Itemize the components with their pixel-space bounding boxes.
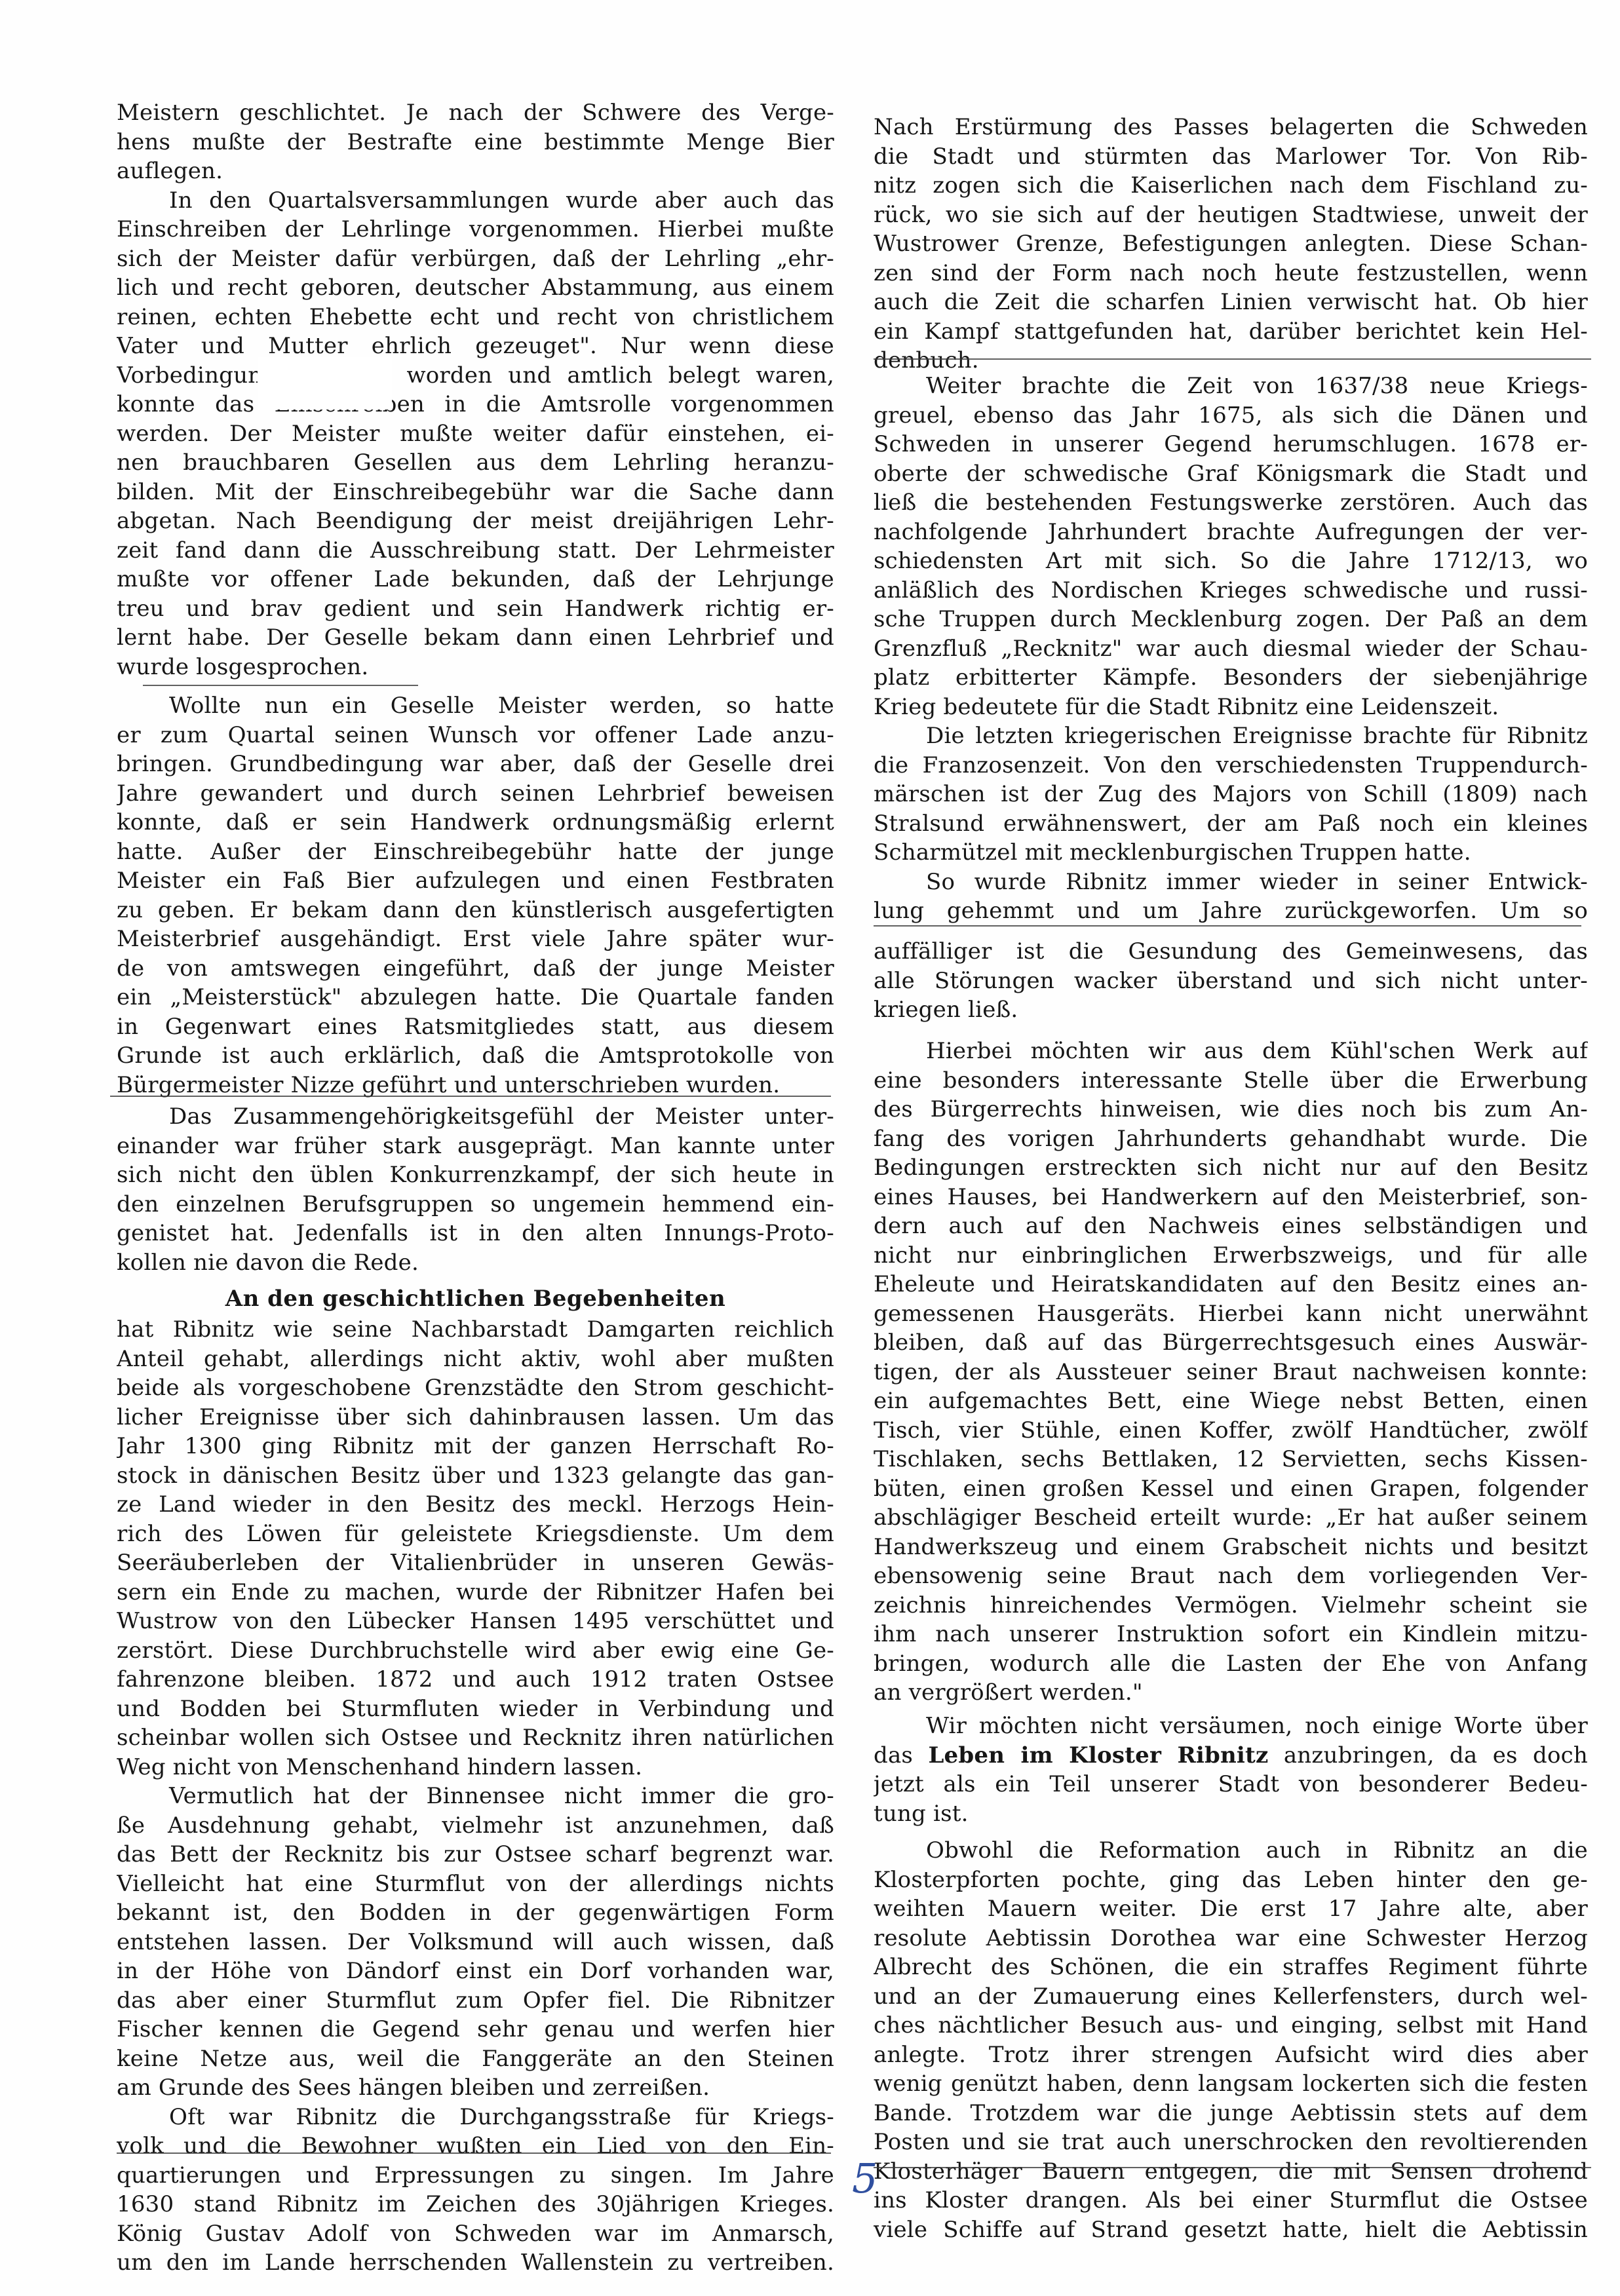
text-line: lich und recht geboren, deutscher Abstam… bbox=[117, 273, 834, 303]
text-line: denbuch. bbox=[874, 346, 1588, 375]
text-line: ihm nach unserer Instruktion sofort ein … bbox=[874, 1620, 1588, 1649]
text-line: Oft war Ribnitz die Durchgangsstraße für… bbox=[117, 2103, 834, 2132]
text-line: gemessenen Hausgeräts. Hierbei kann nich… bbox=[874, 1299, 1588, 1329]
right-paragraph-recovery: auffälliger ist die Gesundung des Gemein… bbox=[874, 937, 1588, 1025]
text-line: In den Quartalsversammlungen wurde aber … bbox=[117, 186, 834, 216]
text-line: licher Ereignisse über sich dahinbrausen… bbox=[117, 1403, 834, 1432]
text-line: kollen nie davon die Rede. bbox=[117, 1248, 834, 1278]
text-line: genistet hat. Jedenfalls ist in den alte… bbox=[117, 1219, 834, 1248]
text-line: fang des vorigen Jahrhunderts gehandhabt… bbox=[874, 1124, 1588, 1154]
text-line: in Gegenwart eines Ratsmitgliedes statt,… bbox=[117, 1012, 834, 1042]
left-paragraph-journeyman-to-master: Wollte nun ein Geselle Meister werden, s… bbox=[117, 691, 834, 1100]
text-line: hens mußte der Bestrafte eine bestimmte … bbox=[117, 128, 834, 157]
text-line: volk und die Bewohner wußten ein Lied vo… bbox=[117, 2132, 834, 2161]
clipping-bottom-edge bbox=[117, 2152, 831, 2154]
text-line: Das Zusammengehörigkeitsgefühl der Meist… bbox=[117, 1102, 834, 1132]
text-line: sich nicht den üblen Konkurrenzkampf, de… bbox=[117, 1160, 834, 1190]
text-line: Meisterbrief ausgehändigt. Erst viele Ja… bbox=[117, 925, 834, 954]
text-line: und an der Zumauerung eines Kellerfenste… bbox=[874, 1982, 1588, 2012]
text-line: wurde losgesprochen. bbox=[117, 653, 834, 682]
text-line: bekannt ist, den Bodden in der gegenwärt… bbox=[117, 1898, 834, 1928]
text-line: Vorbedingungen erfüllt worden und amtlic… bbox=[117, 361, 834, 391]
text-line: platz erbitterter Kämpfe. Besonders der … bbox=[874, 663, 1588, 693]
text-line: Nach Erstürmung des Passes belagerten di… bbox=[874, 113, 1588, 142]
text-line: Jahre gewandert und durch seinen Lehrbri… bbox=[117, 779, 834, 809]
text-line: Albrecht des Schönen, die ein straffes R… bbox=[874, 1953, 1588, 1982]
text-line: Krieg bedeutete für die Stadt Ribnitz ei… bbox=[874, 693, 1588, 722]
text-line: Tisch, vier Stühle, einen Koffer, zwölf … bbox=[874, 1416, 1588, 1445]
section-heading-text: An den geschichtlichen Begebenheiten bbox=[117, 1284, 834, 1314]
text-line: lernt habe. Der Geselle bekam dann einen… bbox=[117, 623, 834, 653]
clipping-divider bbox=[110, 1096, 831, 1097]
text-line: Grunde ist auch erklärlich, daß die Amts… bbox=[117, 1041, 834, 1071]
text-line: des Bürgerrechts hinweisen, wie dies noc… bbox=[874, 1095, 1588, 1124]
text-line: Tischlaken, sechs Bettlaken, 12 Serviett… bbox=[874, 1445, 1588, 1474]
text-line: de von amtswegen eingeführt, daß der jun… bbox=[117, 954, 834, 984]
text-line: Klosterhäger Bauern entgegen, die mit Se… bbox=[874, 2157, 1588, 2187]
text-line: ein „Meisterstück" abzulegen hatte. Die … bbox=[117, 983, 834, 1012]
text-line: bilden. Mit der Einschreibegebühr war di… bbox=[117, 478, 834, 507]
text-line: kriegen ließ. bbox=[874, 995, 1588, 1025]
text-line: Meistern geschlichtet. Je nach der Schwe… bbox=[117, 98, 834, 128]
text-line: zerstört. Diese Durchbruchstelle wird ab… bbox=[117, 1636, 834, 1666]
text-line: hat Ribnitz wie seine Nachbarstadt Damga… bbox=[117, 1315, 834, 1345]
text-line: dern auch auf den Nachweis eines selbstä… bbox=[874, 1212, 1588, 1241]
text-line: treu und brav gedient und sein Handwerk … bbox=[117, 594, 834, 624]
text-line: nen brauchbaren Gesellen aus dem Lehrlin… bbox=[117, 448, 834, 478]
text-line: zeit fand dann die Ausschreibung statt. … bbox=[117, 536, 834, 565]
text-line: werden. Der Meister mußte weiter dafür e… bbox=[117, 419, 834, 449]
emphasized-title: Leben im Kloster Ribnitz bbox=[928, 1742, 1268, 1769]
text-line: in der Höhe von Dändorf einst ein Dorf v… bbox=[117, 1957, 834, 1986]
text-line: konnte das Einschreiben in die Amtsrolle… bbox=[117, 390, 834, 419]
text-line: Handwerkszeug und einem Grabscheit nicht… bbox=[874, 1533, 1588, 1562]
text-line: abschlägiger Bescheid erteilt wurde: „Er… bbox=[874, 1503, 1588, 1533]
text-line: sern ein Ende zu machen, wurde der Ribni… bbox=[117, 1578, 834, 1607]
text-line: Wir möchten nicht versäumen, noch einige… bbox=[874, 1712, 1588, 1741]
text-line: König Gustav Adolf von Schweden war im A… bbox=[117, 2219, 834, 2249]
text-line: das aber einer Sturmflut zum Opfer fiel.… bbox=[117, 1986, 834, 2016]
text-line: tigen, der als Aussteuer seiner Braut na… bbox=[874, 1358, 1588, 1387]
text-line: quartierungen und Erpressungen zu singen… bbox=[117, 2161, 834, 2191]
right-paragraph-monastery-intro: Wir möchten nicht versäumen, noch einige… bbox=[874, 1712, 1588, 1828]
text-line: Fischer kennen die Gegend sehr genau und… bbox=[117, 2015, 834, 2044]
text-line: bringen. Grundbedingung war aber, daß de… bbox=[117, 750, 834, 779]
text-line: greuel, ebenso das Jahr 1675, als sich d… bbox=[874, 401, 1588, 430]
text-line: wenig genützt haben, denn langsam locker… bbox=[874, 2069, 1588, 2099]
text-line: Vater und Mutter ehrlich gezeuget". Nur … bbox=[117, 332, 834, 361]
handwritten-page-number: 5 bbox=[852, 2156, 878, 2202]
text-line: ebensowenig seine Braut nach dem vorlieg… bbox=[874, 1561, 1588, 1591]
text-line: Meister ein Faß Bier aufzulegen und eine… bbox=[117, 866, 834, 896]
text-line: einander war früher stark ausgeprägt. Ma… bbox=[117, 1132, 834, 1161]
text-line: rich des Löwen für geleistete Kriegsdien… bbox=[117, 1520, 834, 1549]
text-line: anlegte. Trotz ihrer strengen Aufsicht w… bbox=[874, 2040, 1588, 2070]
text-line: Bedingungen erstreckten sich nicht nur a… bbox=[874, 1153, 1588, 1183]
text-line: eine besonders interessante Stelle über … bbox=[874, 1066, 1588, 1096]
text-line: stock in dänischen Besitz über und 1323 … bbox=[117, 1461, 834, 1491]
text-line: er zum Quartal seinen Wunsch vor offener… bbox=[117, 721, 834, 750]
text-line: beide als vorgeschobene Grenzstädte den … bbox=[117, 1373, 834, 1403]
text-line: Bande. Trotzdem war die junge Aebtissin … bbox=[874, 2099, 1588, 2128]
text-line: und Bodden bei Sturmfluten wieder in Ver… bbox=[117, 1694, 834, 1724]
text-line: Vielleicht hat eine Sturmflut von der al… bbox=[117, 1869, 834, 1899]
text-line: tung ist. bbox=[874, 1799, 1588, 1829]
text-line: bleiben, daß auf das Bürgerrechtsgesuch … bbox=[874, 1328, 1588, 1358]
text-line: reinen, echten Ehebette echt und recht v… bbox=[117, 303, 834, 332]
text-line: Die letzten kriegerischen Ereignisse bra… bbox=[874, 721, 1588, 751]
text-line: 1630 stand Ribnitz im Zeichen des 30jähr… bbox=[117, 2190, 834, 2219]
text-line: schiedensten Art mit sich. So die Jahre … bbox=[874, 546, 1588, 576]
text-line: resolute Aebtissin Dorothea war eine Sch… bbox=[874, 1924, 1588, 1953]
text-line: nicht nur einbringlichen Erwerbszweigs, … bbox=[874, 1241, 1588, 1271]
text-line: So wurde Ribnitz immer wieder in seiner … bbox=[874, 868, 1588, 897]
text-line: ließ die bestehenden Festungswerke zerst… bbox=[874, 488, 1588, 518]
text-line: anläßlich des Nordischen Krieges schwedi… bbox=[874, 576, 1588, 605]
text-fragment: anzubringen, da es doch bbox=[1284, 1742, 1588, 1769]
text-line: Grenzfluß „Recknitz" war auch diesmal wi… bbox=[874, 634, 1588, 664]
text-line: Klosterpforten pochte, ging das Leben hi… bbox=[874, 1865, 1588, 1895]
text-line: bringen, wodurch alle die Lasten der Ehe… bbox=[874, 1649, 1588, 1679]
text-line: um den im Lande herrschenden Wallenstein… bbox=[117, 2248, 834, 2278]
text-line: Posten und sie trat auch unerschrocken d… bbox=[874, 2128, 1588, 2157]
text-line: hatte. Außer der Einschreibegebühr hatte… bbox=[117, 837, 834, 867]
text-line: auflegen. bbox=[117, 157, 834, 186]
text-line: den einzelnen Berufsgruppen so ungemein … bbox=[117, 1190, 834, 1219]
text-line: ches nächtlicher Besuch aus- und einging… bbox=[874, 2011, 1588, 2040]
text-line: eines Hauses, bei Handwerkern auf den Me… bbox=[874, 1183, 1588, 1212]
text-line: konnte, daß er sein Handwerk ordnungsmäß… bbox=[117, 808, 834, 837]
text-line: Wustrower Grenze, Befestigungen anlegten… bbox=[874, 229, 1588, 259]
text-line: am Grunde des Sees hängen bleiben und ze… bbox=[117, 2073, 834, 2103]
text-line: weihten Mauern weiter. Die erst 17 Jahre… bbox=[874, 1894, 1588, 1924]
text-fragment: das bbox=[874, 1742, 913, 1769]
text-line: entstehen lassen. Der Volksmund will auc… bbox=[117, 1928, 834, 1957]
text-line: büten, einen großen Kessel und einen Gra… bbox=[874, 1474, 1588, 1504]
text-line: Weg nicht von Menschenhand hindern lasse… bbox=[117, 1753, 834, 1782]
text-line: rück, wo sie sich auf der heutigen Stadt… bbox=[874, 201, 1588, 230]
text-line: Wustrow von den Lübecker Hansen 1495 ver… bbox=[117, 1607, 834, 1636]
scanned-newspaper-page: Meistern geschlichtet. Je nach der Schwe… bbox=[0, 0, 1620, 2296]
clipping-divider bbox=[874, 925, 1581, 927]
text-line: die Franzosenzeit. Von den verschiedenst… bbox=[874, 751, 1588, 780]
text-line: Seeräuberleben der Vitalienbrüder in uns… bbox=[117, 1548, 834, 1578]
right-paragraph-citizenship: Hierbei möchten wir aus dem Kühl'schen W… bbox=[874, 1037, 1588, 1708]
text-line: nachfolgende Jahrhundert brachte Aufregu… bbox=[874, 518, 1588, 547]
right-paragraph-abbess-dorothea: Obwohl die Reformation auch in Ribnitz a… bbox=[874, 1836, 1588, 2244]
text-line: die Stadt und stürmten das Marlower Tor.… bbox=[874, 142, 1588, 172]
text-line: Obwohl die Reformation auch in Ribnitz a… bbox=[874, 1836, 1588, 1865]
text-line: scheinbar wollen sich Ostsee und Recknit… bbox=[117, 1723, 834, 1753]
scan-damage-blank bbox=[258, 357, 392, 410]
text-line: zeichnis hinreichendes Vermögen. Vielmeh… bbox=[874, 1591, 1588, 1620]
text-line: ein Kampf stattgefunden hat, darüber ber… bbox=[874, 317, 1588, 347]
left-paragraph-solidarity: Das Zusammengehörigkeitsgefühl der Meist… bbox=[117, 1102, 834, 1277]
text-line: Vermutlich hat der Binnensee nicht immer… bbox=[117, 1782, 834, 1811]
text-line: sche Truppen durch Mecklenburg zogen. De… bbox=[874, 605, 1588, 634]
text-line: Anteil gehabt, allerdings nicht aktiv, w… bbox=[117, 1345, 834, 1374]
text-line: märschen ist der Zug des Majors von Schi… bbox=[874, 780, 1588, 809]
text-line: ze Land wieder in den Besitz des meckl. … bbox=[117, 1490, 834, 1520]
text-line: keine Netze aus, weil die Fanggeräte an … bbox=[117, 2044, 834, 2074]
clipping-bottom-edge bbox=[874, 2167, 1591, 2168]
right-paragraph-later-wars: Weiter brachte die Zeit von 1637/38 neue… bbox=[874, 372, 1588, 926]
text-line: ins Kloster drangen. Als bei einer Sturm… bbox=[874, 2186, 1588, 2215]
text-line: das Bett der Recknitz bis zur Ostsee sch… bbox=[117, 1840, 834, 1869]
text-line: zen sind der Form nach noch heute festzu… bbox=[874, 259, 1588, 288]
text-line: abgetan. Nach Beendigung der meist dreij… bbox=[117, 507, 834, 536]
left-paragraph-history: hat Ribnitz wie seine Nachbarstadt Damga… bbox=[117, 1315, 834, 2278]
text-line: sich der Meister dafür verbürgen, daß de… bbox=[117, 244, 834, 274]
text-line: viele Schiffe auf Strand gesetzt hatte, … bbox=[874, 2215, 1588, 2245]
text-line: Eheleute und Heiratskandidaten auf den B… bbox=[874, 1270, 1588, 1299]
text-line: Einschreiben der Lehrlinge vorgenommen. … bbox=[117, 215, 834, 244]
text-line: Jahr 1300 ging Ribnitz mit der ganzen He… bbox=[117, 1432, 834, 1461]
text-line-with-bold: das Leben im Kloster Ribnitz anzubringen… bbox=[874, 1741, 1588, 1770]
text-line: auffälliger ist die Gesundung des Gemein… bbox=[874, 937, 1588, 966]
text-line: mußte vor offener Lade bekunden, daß der… bbox=[117, 565, 834, 594]
section-heading: An den geschichtlichen Begebenheiten bbox=[117, 1284, 834, 1314]
text-line: Stralsund erwähnenswert, der am Paß noch… bbox=[874, 809, 1588, 839]
text-line: Wollte nun ein Geselle Meister werden, s… bbox=[117, 691, 834, 721]
left-paragraph-guild-penalties-apprentices: Meistern geschlichtet. Je nach der Schwe… bbox=[117, 98, 834, 681]
text-line: oberte der schwedische Graf Königsmark d… bbox=[874, 459, 1588, 489]
clipping-divider bbox=[874, 358, 1591, 360]
text-line: zu geben. Er bekam dann den künstlerisch… bbox=[117, 896, 834, 925]
text-line: Weiter brachte die Zeit von 1637/38 neue… bbox=[874, 372, 1588, 401]
clipping-divider bbox=[143, 685, 418, 686]
text-line: Schweden in unserer Gegend herumschlugen… bbox=[874, 430, 1588, 459]
text-line: ein aufgemachtes Bett, eine Wiege nebst … bbox=[874, 1387, 1588, 1416]
text-line: alle Störungen wacker überstand und sich… bbox=[874, 966, 1588, 996]
text-line: auch die Zeit die scharfen Linien verwis… bbox=[874, 288, 1588, 317]
text-line: Hierbei möchten wir aus dem Kühl'schen W… bbox=[874, 1037, 1588, 1066]
right-paragraph-swedish-siege: Nach Erstürmung des Passes belagerten di… bbox=[874, 113, 1588, 375]
text-line: fahrenzone bleiben. 1872 und auch 1912 t… bbox=[117, 1665, 834, 1694]
text-line: jetzt als ein Teil unserer Stadt von bes… bbox=[874, 1770, 1588, 1799]
text-line: lung gehemmt und um Jahre zurückgeworfen… bbox=[874, 896, 1588, 926]
text-line: ße Ausdehnung gehabt, vielmehr ist anzun… bbox=[117, 1811, 834, 1841]
text-line: an vergrößert werden." bbox=[874, 1678, 1588, 1708]
text-line: nitz zogen sich die Kaiserlichen nach de… bbox=[874, 171, 1588, 201]
text-line: Scharmützel mit mecklenburgischen Truppe… bbox=[874, 838, 1588, 868]
